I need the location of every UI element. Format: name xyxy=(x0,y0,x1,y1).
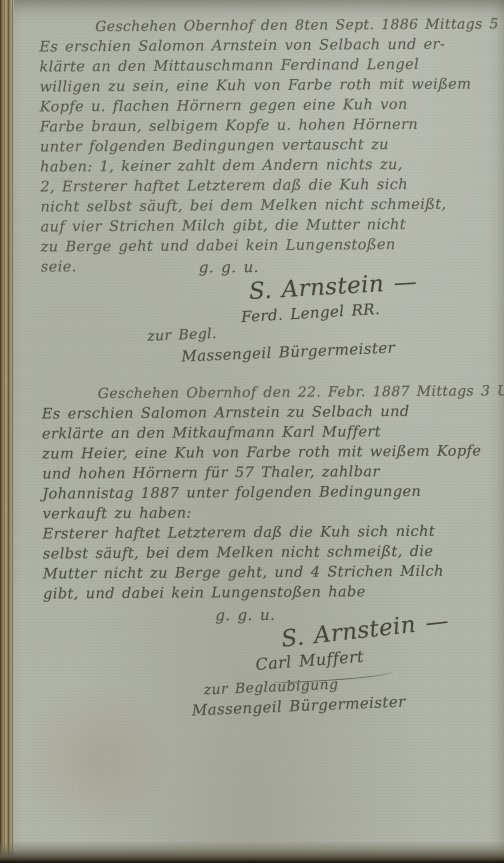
entry-header-dateline: Geschehen Obernhof den 8ten Sept. 1886 M… xyxy=(95,14,487,37)
body-line: Mutter nicht zu Berge geht, und 4 Strich… xyxy=(43,561,491,584)
entry-header-dateline: Geschehen Obernhof den 22. Febr. 1887 Mi… xyxy=(98,381,490,404)
body-line: gibt, und dabei kein Lungenstoßen habe xyxy=(43,581,491,604)
page-bottom-edge xyxy=(0,841,504,863)
body-line: zum Heier, eine Kuh von Farbe roth mit w… xyxy=(42,441,490,464)
manuscript-page-scan: Geschehen Obernhof den 8ten Sept. 1886 M… xyxy=(0,0,504,863)
book-binding-edge xyxy=(0,0,14,863)
page-content: Geschehen Obernhof den 8ten Sept. 1886 M… xyxy=(13,0,504,863)
protocol-entry-1887: Geschehen Obernhof den 22. Febr. 1887 Mi… xyxy=(42,381,492,722)
protocol-entry-1886: Geschehen Obernhof den 8ten Sept. 1886 M… xyxy=(39,14,489,368)
